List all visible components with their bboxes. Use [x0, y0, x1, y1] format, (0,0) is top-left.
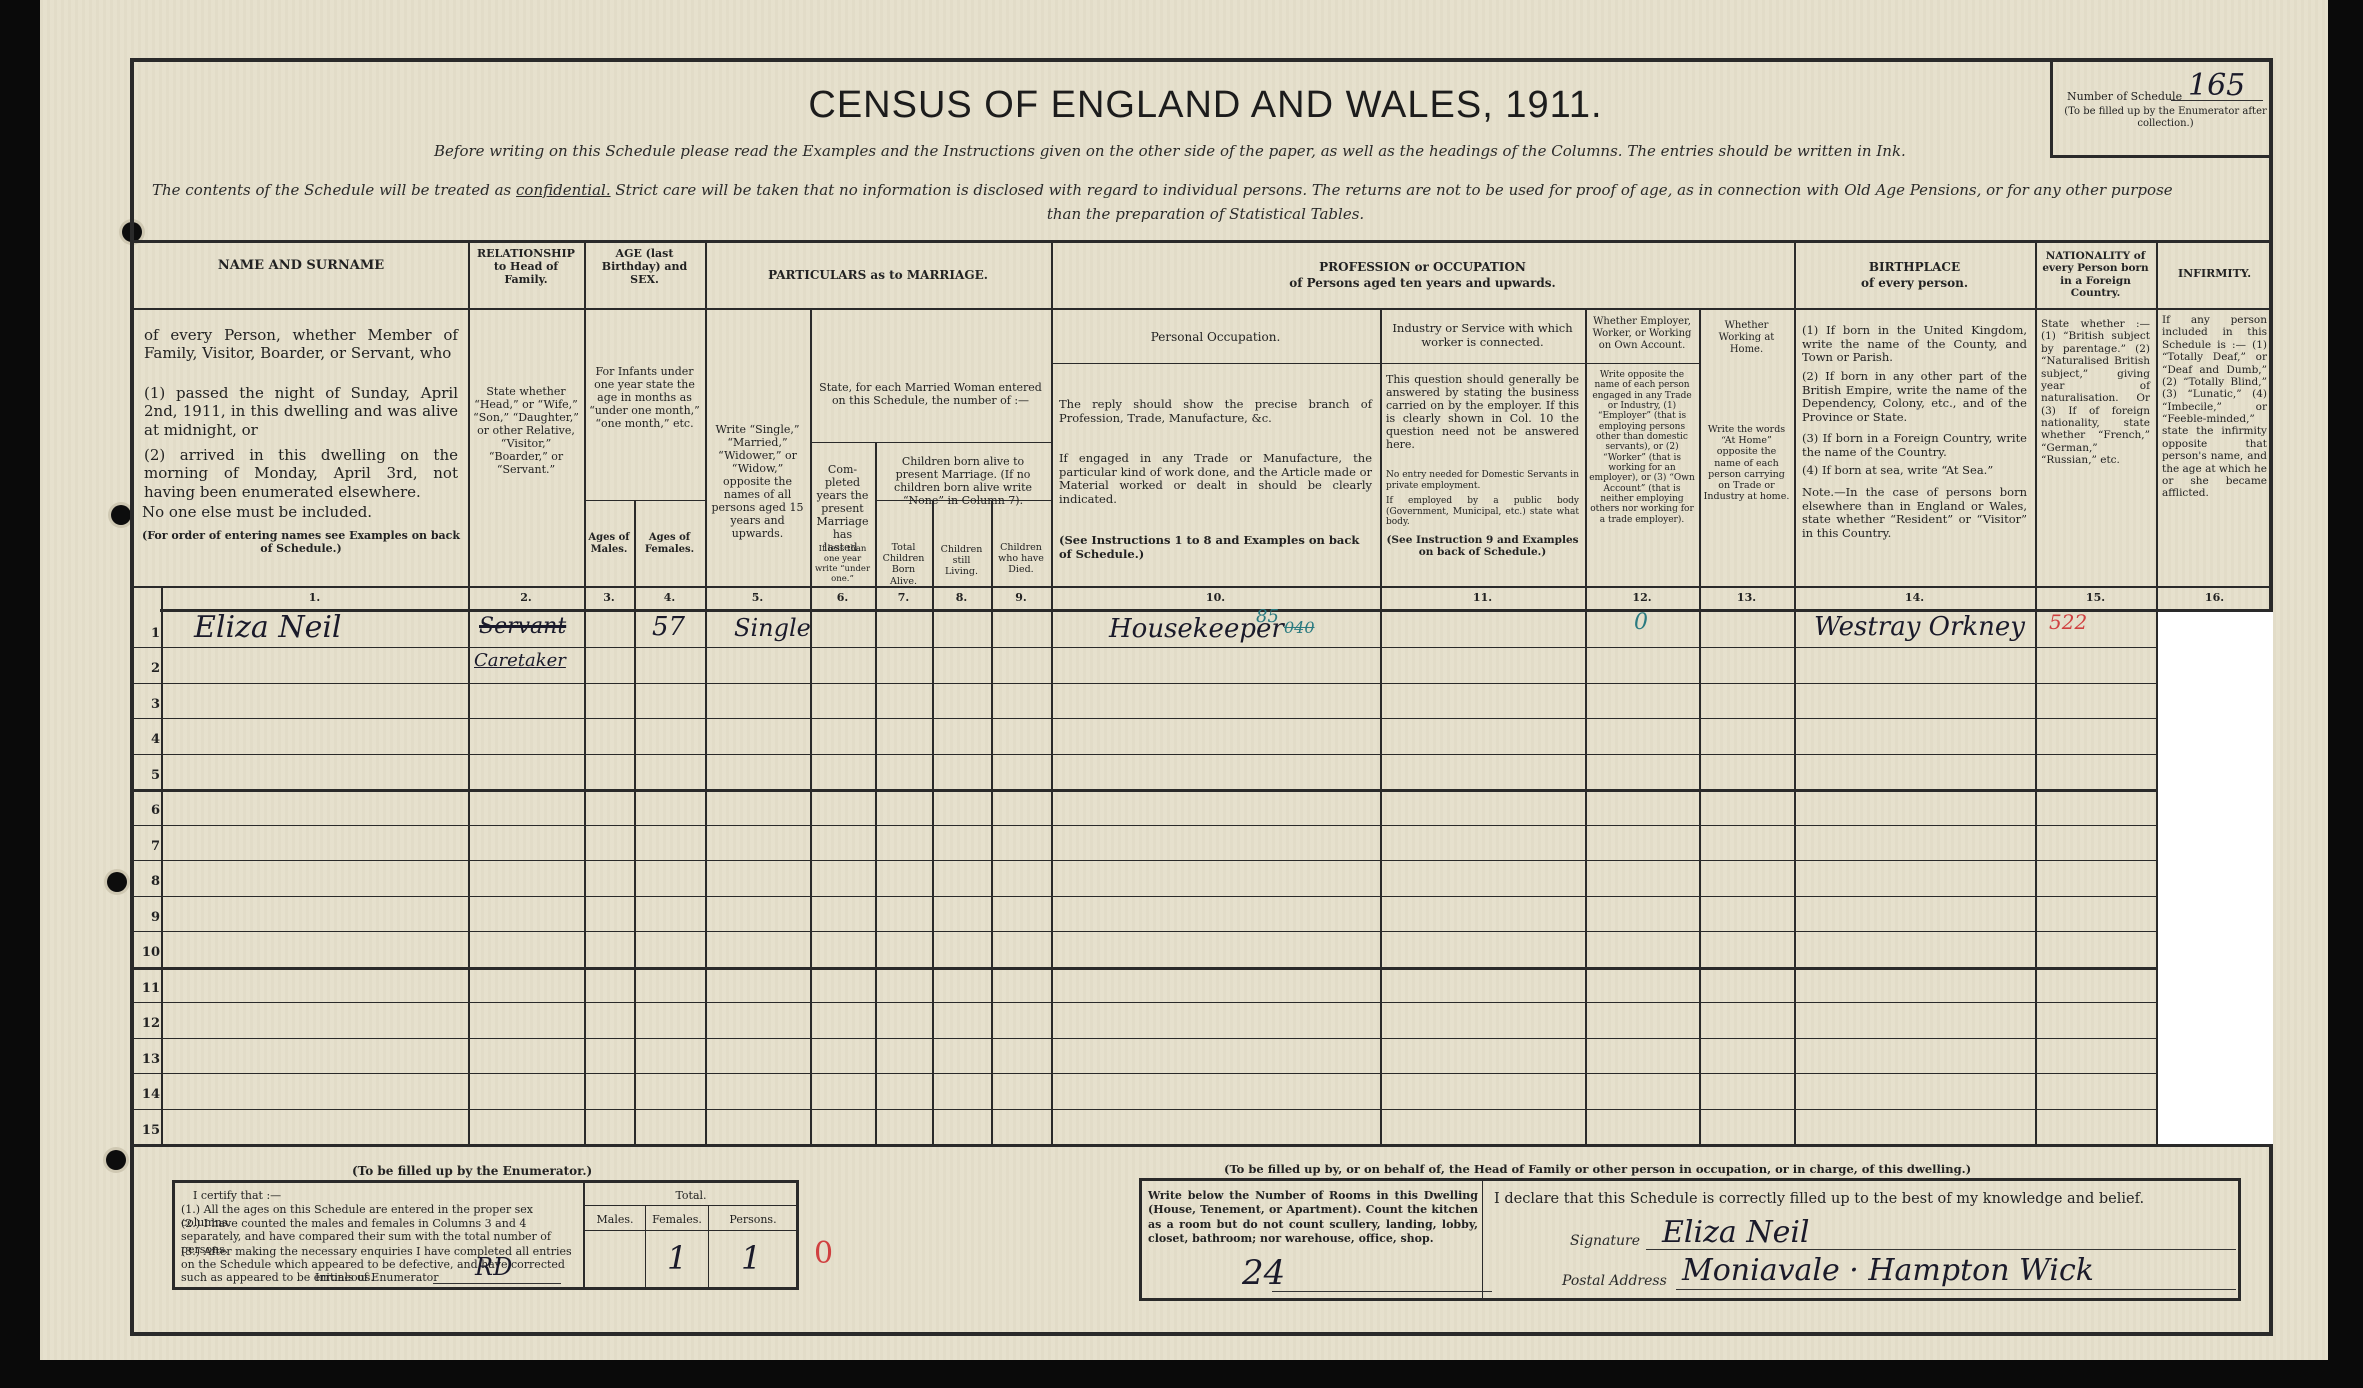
census-form: CENSUS OF ENGLAND AND WALES, 1911. Befor…: [130, 58, 2273, 1336]
header-name-item1: (1) passed the night of Sunday, April 2n…: [140, 382, 462, 441]
header-industry-body1: This question should generally be answer…: [1382, 372, 1583, 454]
header-home-body: Write the words “At Home” opposite the n…: [1699, 422, 1794, 504]
row-number: 9: [138, 910, 160, 925]
header-relationship: RELATIONSHIP to Head of Family.: [468, 246, 584, 289]
header-name-intro: of every Person, whether Member of Famil…: [140, 324, 462, 365]
column-number-4: 4.: [634, 591, 705, 604]
row-rule: [134, 683, 2156, 684]
persons-label: Persons.: [709, 1213, 797, 1226]
head-box: Write below the Number of Rooms in this …: [1139, 1178, 2241, 1301]
entry-employer-code[interactable]: 0: [1634, 610, 1648, 635]
row-rule: [134, 647, 2156, 648]
males-label: Males.: [585, 1213, 645, 1226]
address-value[interactable]: Moniavale · Hampton Wick: [1682, 1253, 2094, 1288]
rownum-divider: [161, 588, 163, 1144]
header-birthplace-note: Note.—In the case of persons born elsewh…: [1798, 484, 2031, 542]
header-birthplace-subtitle: of every person.: [1794, 274, 2035, 292]
header-personal-occupation: Personal Occupation.: [1051, 328, 1380, 346]
row-number: 12: [138, 1016, 160, 1031]
row-number: 7: [138, 839, 160, 854]
entry-condition[interactable]: Single: [734, 614, 811, 642]
instruction-line: Before writing on this Schedule please r…: [434, 142, 2074, 160]
address-label: Postal Address: [1562, 1273, 1667, 1289]
confidential-text-2: Strict care will be taken that no inform…: [611, 181, 2173, 199]
schedule-number-label: Number of Schedule: [2067, 90, 2182, 103]
table-top-rule: [134, 240, 2273, 243]
header-personal-body1: The reply should show the precise branch…: [1055, 396, 1376, 427]
confidential-text: The contents of the Schedule will be tre…: [152, 181, 516, 199]
entry-occupation-code[interactable]: 85: [1256, 606, 1279, 627]
row-rule: [134, 1073, 2156, 1074]
persons-value[interactable]: 1: [741, 1239, 761, 1277]
entry-relationship[interactable]: Caretaker: [474, 650, 566, 671]
confidential-line-2: than the preparation of Statistical Tabl…: [134, 205, 2277, 223]
marriage-sub-rule: [810, 442, 1051, 443]
header-married-woman: State, for each Married Woman entered on…: [810, 380, 1051, 410]
rooms-value[interactable]: 24: [1242, 1253, 1285, 1293]
col-divider-9: [1051, 240, 1053, 1144]
confidential-word: confidential.: [516, 181, 611, 199]
col-divider-5: [810, 310, 812, 1144]
punch-hole: [107, 872, 127, 892]
page-title: CENSUS OF ENGLAND AND WALES, 1911.: [134, 84, 2277, 127]
entry-occupation-code-struck[interactable]: 040: [1284, 618, 1315, 637]
row-rule: [134, 931, 2156, 932]
header-birthplace-item3: (3) If born in a Foreign Country, write …: [1798, 430, 2031, 461]
column-number-1: 1.: [161, 591, 468, 604]
header-relationship-body: State whether “Head,” or “Wife,” “Son,” …: [468, 384, 584, 479]
row-number: 3: [138, 697, 160, 712]
column-number-3: 3.: [584, 591, 634, 604]
header-employer: Whether Employer, Worker, or Working on …: [1585, 314, 1699, 353]
header-name: NAME AND SURNAME: [134, 256, 468, 275]
column-number-13: 13.: [1699, 591, 1794, 604]
header-name-note: No one else must be included.: [138, 502, 464, 524]
header-age: AGE (last Birthday) and SEX.: [584, 246, 705, 289]
red-check-mark: 0: [814, 1236, 833, 1271]
row-number: 10: [138, 945, 160, 960]
rooms-underline: [1272, 1291, 1492, 1292]
schedule-number-note: (To be filled up by the Enumerator after…: [2063, 106, 2268, 129]
row-number: 6: [138, 803, 160, 818]
row-number: 8: [138, 874, 160, 889]
row-rule: [134, 967, 2156, 970]
entry-birthplace[interactable]: Westray Orkney: [1814, 612, 2025, 642]
header-nationality: NATIONALITY of every Person born in a Fo…: [2035, 248, 2156, 302]
row-rule: [134, 896, 2156, 897]
header-personal-body3: (See Instructions 1 to 8 and Examples on…: [1055, 532, 1376, 563]
schedule-number-value[interactable]: 165: [2188, 68, 2245, 103]
header-children-born: Children born alive to present Marriage.…: [875, 454, 1051, 510]
entry-name[interactable]: Eliza Neil: [194, 610, 342, 645]
table-bottom-rule: [134, 1144, 2273, 1147]
females-value[interactable]: 1: [667, 1239, 687, 1277]
col-divider-1: [468, 240, 470, 1144]
column-number-16: 16.: [2156, 591, 2273, 604]
header-children-total: Total Children Born Alive.: [875, 540, 932, 589]
address-underline: [1676, 1289, 2236, 1290]
punch-hole: [106, 1150, 126, 1170]
initials-underline: [433, 1283, 561, 1284]
header-occupation-subtitle: of Persons aged ten years and upwards.: [1051, 274, 1794, 292]
entry-age-female[interactable]: 57: [652, 612, 685, 642]
header-children-died: Children who have Died.: [991, 540, 1051, 578]
row-number: 15: [138, 1123, 160, 1138]
confidential-line: The contents of the Schedule will be tre…: [152, 181, 2252, 199]
header-age-females: Ages of Females.: [634, 530, 705, 558]
total-rule: [585, 1205, 797, 1206]
row-rule: [134, 718, 2156, 719]
row-rule: [134, 1002, 2156, 1003]
header-name-order: (For order of entering names see Example…: [138, 528, 464, 558]
header-personal-body2: If engaged in any Trade or Manufacture, …: [1055, 450, 1376, 508]
header-marriage-condition: Write “Single,” “Married,” “Widower,” or…: [705, 422, 810, 543]
header-children-living: Children still Living.: [932, 542, 991, 580]
row-number: 13: [138, 1052, 160, 1067]
entry-nationality-code[interactable]: 522: [2049, 610, 2087, 634]
females-label: Females.: [646, 1213, 708, 1226]
punch-hole: [111, 505, 131, 525]
enumerator-heading: (To be filled up by the Enumerator.): [352, 1164, 592, 1178]
column-number-2: 2.: [468, 591, 584, 604]
redacted-infirmity-column: [2158, 612, 2273, 1144]
header-birthplace-item4: (4) If born at sea, write “At Sea.”: [1798, 462, 2031, 480]
header-nationality-body: State whether :— (1) “British subject by…: [2037, 316, 2154, 469]
col-divider-4: [705, 240, 707, 1144]
column-number-5: 5.: [705, 591, 810, 604]
header-industry-body3: If employed by a public body (Government…: [1382, 494, 1583, 530]
header-infirmity-body: If any person included in this Schedule …: [2158, 312, 2271, 502]
header-age-males: Ages of Males.: [584, 530, 634, 558]
rooms-instruction: Write below the Number of Rooms in this …: [1148, 1189, 1478, 1246]
total-label: Total.: [585, 1189, 797, 1202]
row-number: 4: [138, 732, 160, 747]
row-number: 14: [138, 1087, 160, 1102]
header-marriage: PARTICULARS as to MARRIAGE.: [705, 266, 1051, 284]
column-number-7: 7.: [875, 591, 932, 604]
row-rule: [134, 1109, 2156, 1110]
enumerator-box: I certify that :— (1.) All the ages on t…: [172, 1180, 799, 1290]
occupation-sub-rule: [1051, 363, 1699, 364]
row-number: 11: [138, 981, 160, 996]
column-number-14: 14.: [1794, 591, 2035, 604]
row-number: 2: [138, 661, 160, 676]
header-home: Whether Working at Home.: [1699, 318, 1794, 357]
column-number-11: 11.: [1380, 591, 1585, 604]
head-divider: [1482, 1181, 1483, 1298]
declaration: I declare that this Schedule is correctl…: [1494, 1191, 2144, 1207]
row-rule: [134, 789, 2156, 792]
column-number-15: 15.: [2035, 591, 2156, 604]
column-number-12: 12.: [1585, 591, 1699, 604]
header-name-item2: (2) arrived in this dwelling on the morn…: [140, 444, 462, 503]
column-number-9: 9.: [991, 591, 1051, 604]
row-rule: [134, 825, 2156, 826]
totals-sub-rule: [585, 1230, 797, 1231]
col-divider-13: [1794, 240, 1796, 1144]
signature-value[interactable]: Eliza Neil: [1662, 1215, 1810, 1250]
entry-relationship-struck[interactable]: Servant: [479, 614, 566, 639]
header-bottom-rule: [134, 586, 2273, 588]
header-industry: Industry or Service with which worker is…: [1380, 320, 1585, 351]
enumerator-initials-value[interactable]: RD: [475, 1253, 512, 1281]
column-number-8: 8.: [932, 591, 991, 604]
header-divider: [134, 308, 2273, 310]
age-sub-rule: [584, 500, 705, 501]
column-number-6: 6.: [810, 591, 875, 604]
enumerator-initials-label: Initials of Enumerator: [315, 1271, 439, 1284]
column-number-10: 10.: [1051, 591, 1380, 604]
head-heading: (To be filled up by, or on behalf of, th…: [1224, 1162, 2272, 1176]
schedule-number-box: Number of Schedule 165 (To be filled up …: [2050, 62, 2273, 158]
signature-label: Signature: [1570, 1233, 1640, 1249]
row-number: 5: [138, 768, 160, 783]
row-rule: [134, 860, 2156, 861]
header-industry-body2: No entry needed for Domestic Servants in…: [1382, 468, 1583, 493]
row-rule: [134, 754, 2156, 755]
row-rule: [134, 1038, 2156, 1039]
header-industry-body4: (See Instruction 9 and Examples on back …: [1382, 532, 1583, 561]
row-number: 1: [138, 626, 160, 641]
header-birthplace-item2: (2) If born in any other part of the Bri…: [1798, 368, 2031, 426]
header-infirmity: INFIRMITY.: [2156, 266, 2273, 283]
header-age-infants: For Infants under one year state the age…: [584, 364, 705, 433]
header-birthplace-item1: (1) If born in the United Kingdom, write…: [1798, 322, 2031, 367]
header-employer-body: Write opposite the name of each person e…: [1585, 368, 1699, 527]
enumerator-certify: I certify that :—: [193, 1189, 281, 1202]
header-marriage-years-note: If less than one year write “under one.”: [810, 542, 875, 586]
